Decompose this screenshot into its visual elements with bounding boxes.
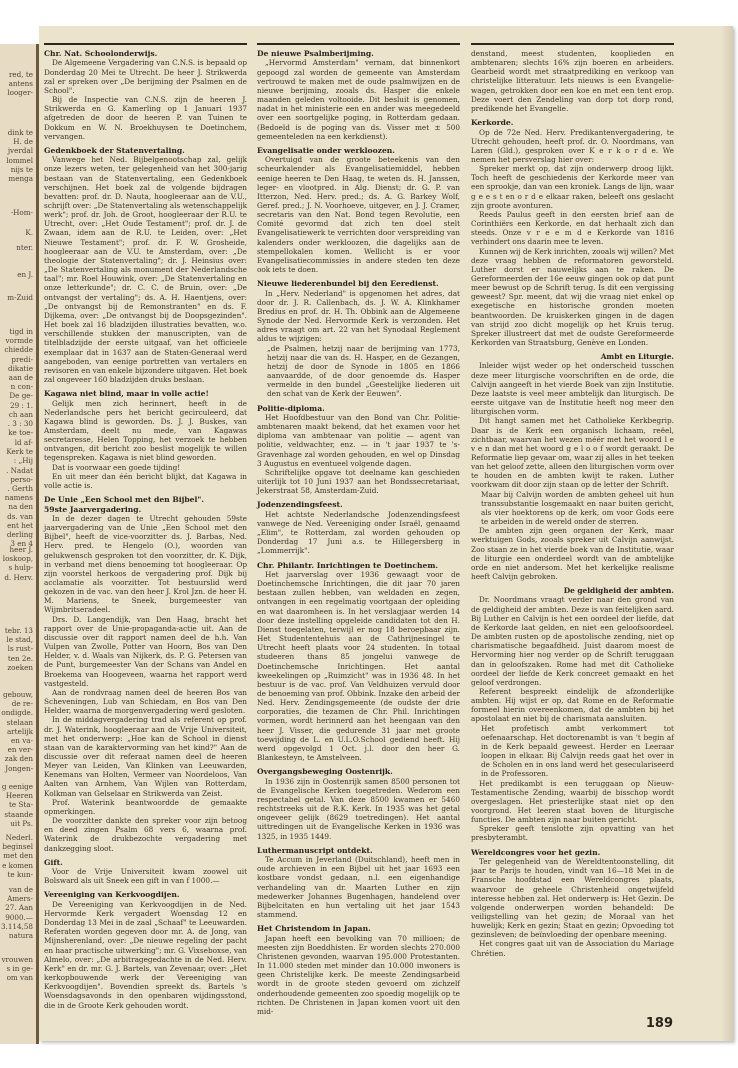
previous-page-text-fragment: ld af- Kerk te : „Hij . Nadat perso- . G…: [5, 438, 33, 548]
paragraph: Het congres gaat uit van de Association …: [471, 939, 674, 957]
paragraph: Dit hangt samen met het Catholieke Kerkb…: [471, 416, 674, 489]
paragraph: In de dezer dagen te Utrecht gehouden 59…: [44, 514, 247, 615]
block-quote: Het profetisch ambt verkommert tot oefen…: [481, 724, 674, 779]
previous-page-text-fragment: dink te H. de jverdal lommel nijs te men…: [6, 128, 33, 183]
article-heading: Chr. Nat. Schoolonderwijs.: [44, 49, 247, 58]
section-subtitle: De geldigheid der ambten.: [471, 586, 674, 595]
paragraph: Spreker merkt op, dat zijn onderwerp dro…: [471, 164, 674, 210]
article: De geldigheid der ambten.Dr. Noordmans v…: [471, 586, 674, 842]
article-heading: Nieuwe liederenbundel bij den Eeredienst…: [257, 279, 460, 288]
paragraph: In de middagvergadering trad als referen…: [44, 715, 247, 797]
paragraph: Te Accum in Jeverland (Duitschland), hee…: [257, 855, 460, 919]
article: denstand, meest studenten, kooplieden en…: [471, 49, 674, 113]
paragraph: De ambten zijn geen organen der Kerk, ma…: [471, 526, 674, 581]
article: Wereldcongres voor het gezin.Ter gelegen…: [471, 848, 674, 958]
section-subtitle: Ambt en Liturgie.: [471, 352, 674, 361]
paragraph: En uit meer dan één bericht blijkt, dat …: [44, 472, 247, 490]
previous-page-text-fragment: m-Zuid: [7, 293, 33, 302]
article: Chr. Nat. Schoolonderwijs.De Algemeene V…: [44, 49, 247, 141]
article: Jodenzendingsfeest.Het achtste Nederland…: [257, 500, 460, 555]
paragraph: Dr. Noordmans vraagt verder naar den gro…: [471, 595, 674, 687]
article: Overgangsbeweging Oostenrijk.In 1936 zij…: [257, 767, 460, 841]
article: Kagawa niet blind, maar in volle actie!G…: [44, 389, 247, 490]
previous-page-text-fragment: red, te antens looger-: [7, 70, 33, 98]
article: Vereeniging van Kerkvoogdijen.De Vereeni…: [44, 890, 247, 1009]
previous-page-text-fragment: heer J. loskoop, s hulp- d. Herv.: [3, 545, 33, 582]
column-middle: De nieuwe Psalmberijming.„Hervormd Amste…: [257, 26, 460, 1021]
paragraph: Prof. Waterink beantwoordde de gemaakte …: [44, 798, 247, 816]
article: De nieuwe Psalmberijming.„Hervormd Amste…: [257, 49, 460, 141]
paragraph: De Algemeene Vergadering van C.N.S. is b…: [44, 58, 247, 95]
previous-page-text-fragment: van de Amers- 27. Aan 9000.— 13.114,58 n…: [0, 885, 33, 940]
article-heading: De nieuwe Psalmberijming.: [257, 49, 460, 58]
column-left: Chr. Nat. Schoolonderwijs.De Algemeene V…: [44, 26, 247, 1015]
paragraph: Gelijk men zich herinnert, heeft in de N…: [44, 399, 247, 463]
article-heading: Overgangsbeweging Oostenrijk.: [257, 767, 460, 776]
block-quote: „de Psalmen, hetzij naar de berijming va…: [267, 344, 460, 399]
previous-page-text-fragment: nter.: [16, 243, 33, 252]
paragraph: Aan de rondvraag namen deel de heeren Bo…: [44, 688, 247, 715]
paragraph: Drs. D. Langendijk, van Den Haag, bracht…: [44, 615, 247, 688]
paragraph: Ter gelegenheid van de Wereldtentoonstel…: [471, 857, 674, 939]
paragraph: Vanwege het Ned. Bijbelgenootschap zal, …: [44, 155, 247, 384]
top-rule: [44, 43, 247, 45]
block-quote: Maar bij Calvijn worden de ambten geheel…: [481, 490, 674, 527]
article: De Unie „Een School met den Bijbel".59st…: [44, 495, 247, 853]
previous-page-text-fragment: tigd in vormde chiedde predi- dikatie aa…: [4, 327, 33, 437]
magazine-page: Chr. Nat. Schoolonderwijs.De Algemeene V…: [39, 26, 733, 1041]
article-heading: Kagawa niet blind, maar in volle actie!: [44, 389, 247, 398]
article: Ambt en Liturgie.Inleider wijst weder op…: [471, 352, 674, 581]
paragraph: Het jaarverslag over 1936 gewaagt voor d…: [257, 570, 460, 762]
paragraph: Inleider wijst weder op het onderscheid …: [471, 361, 674, 416]
previous-page-text-fragment: en J.: [17, 270, 33, 279]
article: Evangelisatie onder werkloozen.Overtuigd…: [257, 146, 460, 274]
article-heading: Het Christendom in Japan.: [257, 924, 460, 933]
article-heading: Luthermanuscript ontdekt.: [257, 846, 460, 855]
article: Chr. Philantr. Inrichtingen te Doetinche…: [257, 561, 460, 763]
top-rule: [257, 43, 460, 45]
article: Luthermanuscript ontdekt.Te Accum in Jev…: [257, 846, 460, 920]
article-heading: Politie-diploma.: [257, 404, 460, 413]
article-heading: Vereeniging van Kerkvoogdijen.: [44, 890, 247, 899]
paragraph: Kunnen wij de Kerk inrichten, zooals wij…: [471, 247, 674, 348]
paragraph: Bij de Inspectie van C.N.S. zijn de heer…: [44, 95, 247, 141]
previous-page-text-fragment: g eenige Heeren te Sta- staande uit Ps.: [2, 782, 33, 828]
previous-page-text-fragment: gebouw, de re- ondigde. stelaan artelijk…: [1, 690, 33, 773]
paragraph: Op de 72e Ned. Herv. Predikantenvergader…: [471, 128, 674, 165]
article-heading: Chr. Philantr. Inrichtingen te Doetinche…: [257, 561, 460, 570]
paragraph: „Hervormd Amsterdam" vernam, dat binnenk…: [257, 58, 460, 140]
paragraph: Referent bespreekt eindelijk de afzonder…: [471, 687, 674, 724]
article: Politie-diploma.Het Hoofdbestuur van den…: [257, 404, 460, 496]
previous-page-text-fragment: -Hom-: [11, 208, 33, 217]
article-subheading: 59ste Jaarvergadering.: [44, 505, 247, 514]
article-heading: Wereldcongres voor het gezin.: [471, 848, 674, 857]
paragraph: Schriftelijke opgave tot deelname kan ge…: [257, 468, 460, 495]
paragraph: Het achtste Nederlandsche Jodenzendingsf…: [257, 510, 460, 556]
paragraph: Het predikambt is een teruggaan op Nieuw…: [471, 779, 674, 825]
paragraph: De voorzitter dankte den spreker voor zi…: [44, 816, 247, 853]
article-heading: De Unie „Een School met den Bijbel".: [44, 495, 247, 504]
paragraph: Het Hoofdbestuur van den Bond van Chr. P…: [257, 413, 460, 468]
article-heading: Gedenkboek der Statenvertaling.: [44, 146, 247, 155]
column-right: denstand, meest studenten, kooplieden en…: [471, 26, 674, 963]
paragraph: De Vereeniging van Kerkvoogdijen in de N…: [44, 900, 247, 1010]
paragraph: Voor de Vrije Universiteit kwam zoowel u…: [44, 867, 247, 885]
previous-page-text-fragment: tebr. 13 le stad, ls rust- ten 2e. zoeke…: [5, 626, 33, 672]
paragraph: Reeds Paulus geeft in den eersten brief …: [471, 210, 674, 247]
article: Kerkorde.Op de 72e Ned. Herv. Predikante…: [471, 118, 674, 347]
paragraph: In „Herv. Nederland" is opgenomen het ad…: [257, 289, 460, 344]
top-rule: [471, 43, 674, 45]
article: Nieuwe liederenbundel bij den Eeredienst…: [257, 279, 460, 398]
previous-page-text-fragment: Nederl. beginsel met den e komen te kun-: [2, 833, 33, 879]
paragraph: Overtuigd van de groote beteekenis van d…: [257, 155, 460, 274]
previous-page-edge: red, te antens looger-dink te H. de jver…: [0, 44, 39, 1044]
article: Gedenkboek der Statenvertaling.Vanwege h…: [44, 146, 247, 384]
article: Gift.Voor de Vrije Universiteit kwam zoo…: [44, 858, 247, 886]
article: Het Christendom in Japan.Japan heeft een…: [257, 924, 460, 1016]
article-heading: Evangelisatie onder werkloozen.: [257, 146, 460, 155]
article-heading: Jodenzendingsfeest.: [257, 500, 460, 509]
previous-page-text-fragment: vrouwen s in ge- om van: [2, 955, 34, 983]
paragraph: Spreker geeft tenslotte zijn opvatting v…: [471, 824, 674, 842]
paragraph: In 1936 zijn in Oostenrijk samen 8500 pe…: [257, 777, 460, 841]
previous-page-text-fragment: K.: [25, 228, 33, 237]
page-number: 189: [646, 1016, 673, 1031]
article-heading: Gift.: [44, 858, 247, 867]
paragraph: Japan heeft een bevolking van 70 millioe…: [257, 934, 460, 1016]
paragraph: Dat is voorwaar een goede tijding!: [44, 463, 247, 472]
paragraph: denstand, meest studenten, kooplieden en…: [471, 49, 674, 113]
article-heading: Kerkorde.: [471, 118, 674, 127]
